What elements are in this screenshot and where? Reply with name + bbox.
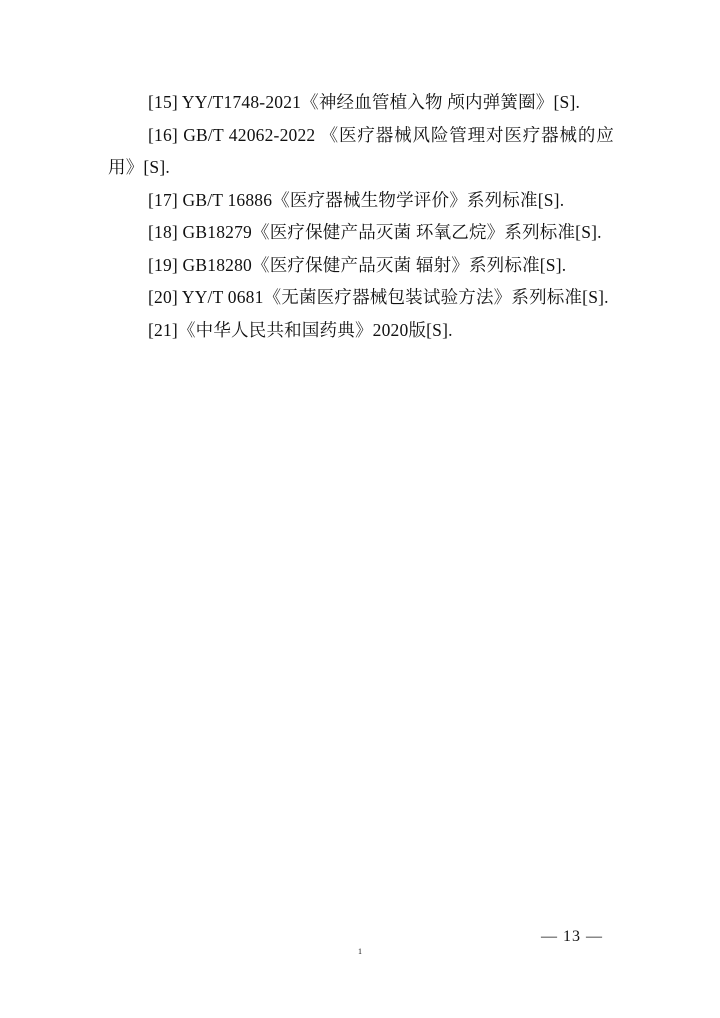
reference-item-16: [16] GB/T 42062-2022 《医疗器械风险管理对医疗器械的应用》[… [108, 119, 614, 184]
document-page: [15] YY/T1748-2021《神经血管植入物 颅内弹簧圈》[S]. [1… [0, 0, 720, 1018]
footnote-mark: 1 [358, 947, 362, 956]
reference-item-18: [18] GB18279《医疗保健产品灭菌 环氧乙烷》系列标准[S]. [108, 216, 614, 249]
reference-item-17: [17] GB/T 16886《医疗器械生物学评价》系列标准[S]. [108, 184, 614, 217]
reference-item-19: [19] GB18280《医疗保健产品灭菌 辐射》系列标准[S]. [108, 249, 614, 282]
page-number: — 13 — [541, 928, 603, 946]
reference-item-20: [20] YY/T 0681《无菌医疗器械包装试验方法》系列标准[S]. [108, 281, 614, 314]
reference-list: [15] YY/T1748-2021《神经血管植入物 颅内弹簧圈》[S]. [1… [108, 86, 614, 346]
reference-item-21: [21]《中华人民共和国药典》2020版[S]. [108, 314, 614, 347]
reference-item-15: [15] YY/T1748-2021《神经血管植入物 颅内弹簧圈》[S]. [108, 86, 614, 119]
